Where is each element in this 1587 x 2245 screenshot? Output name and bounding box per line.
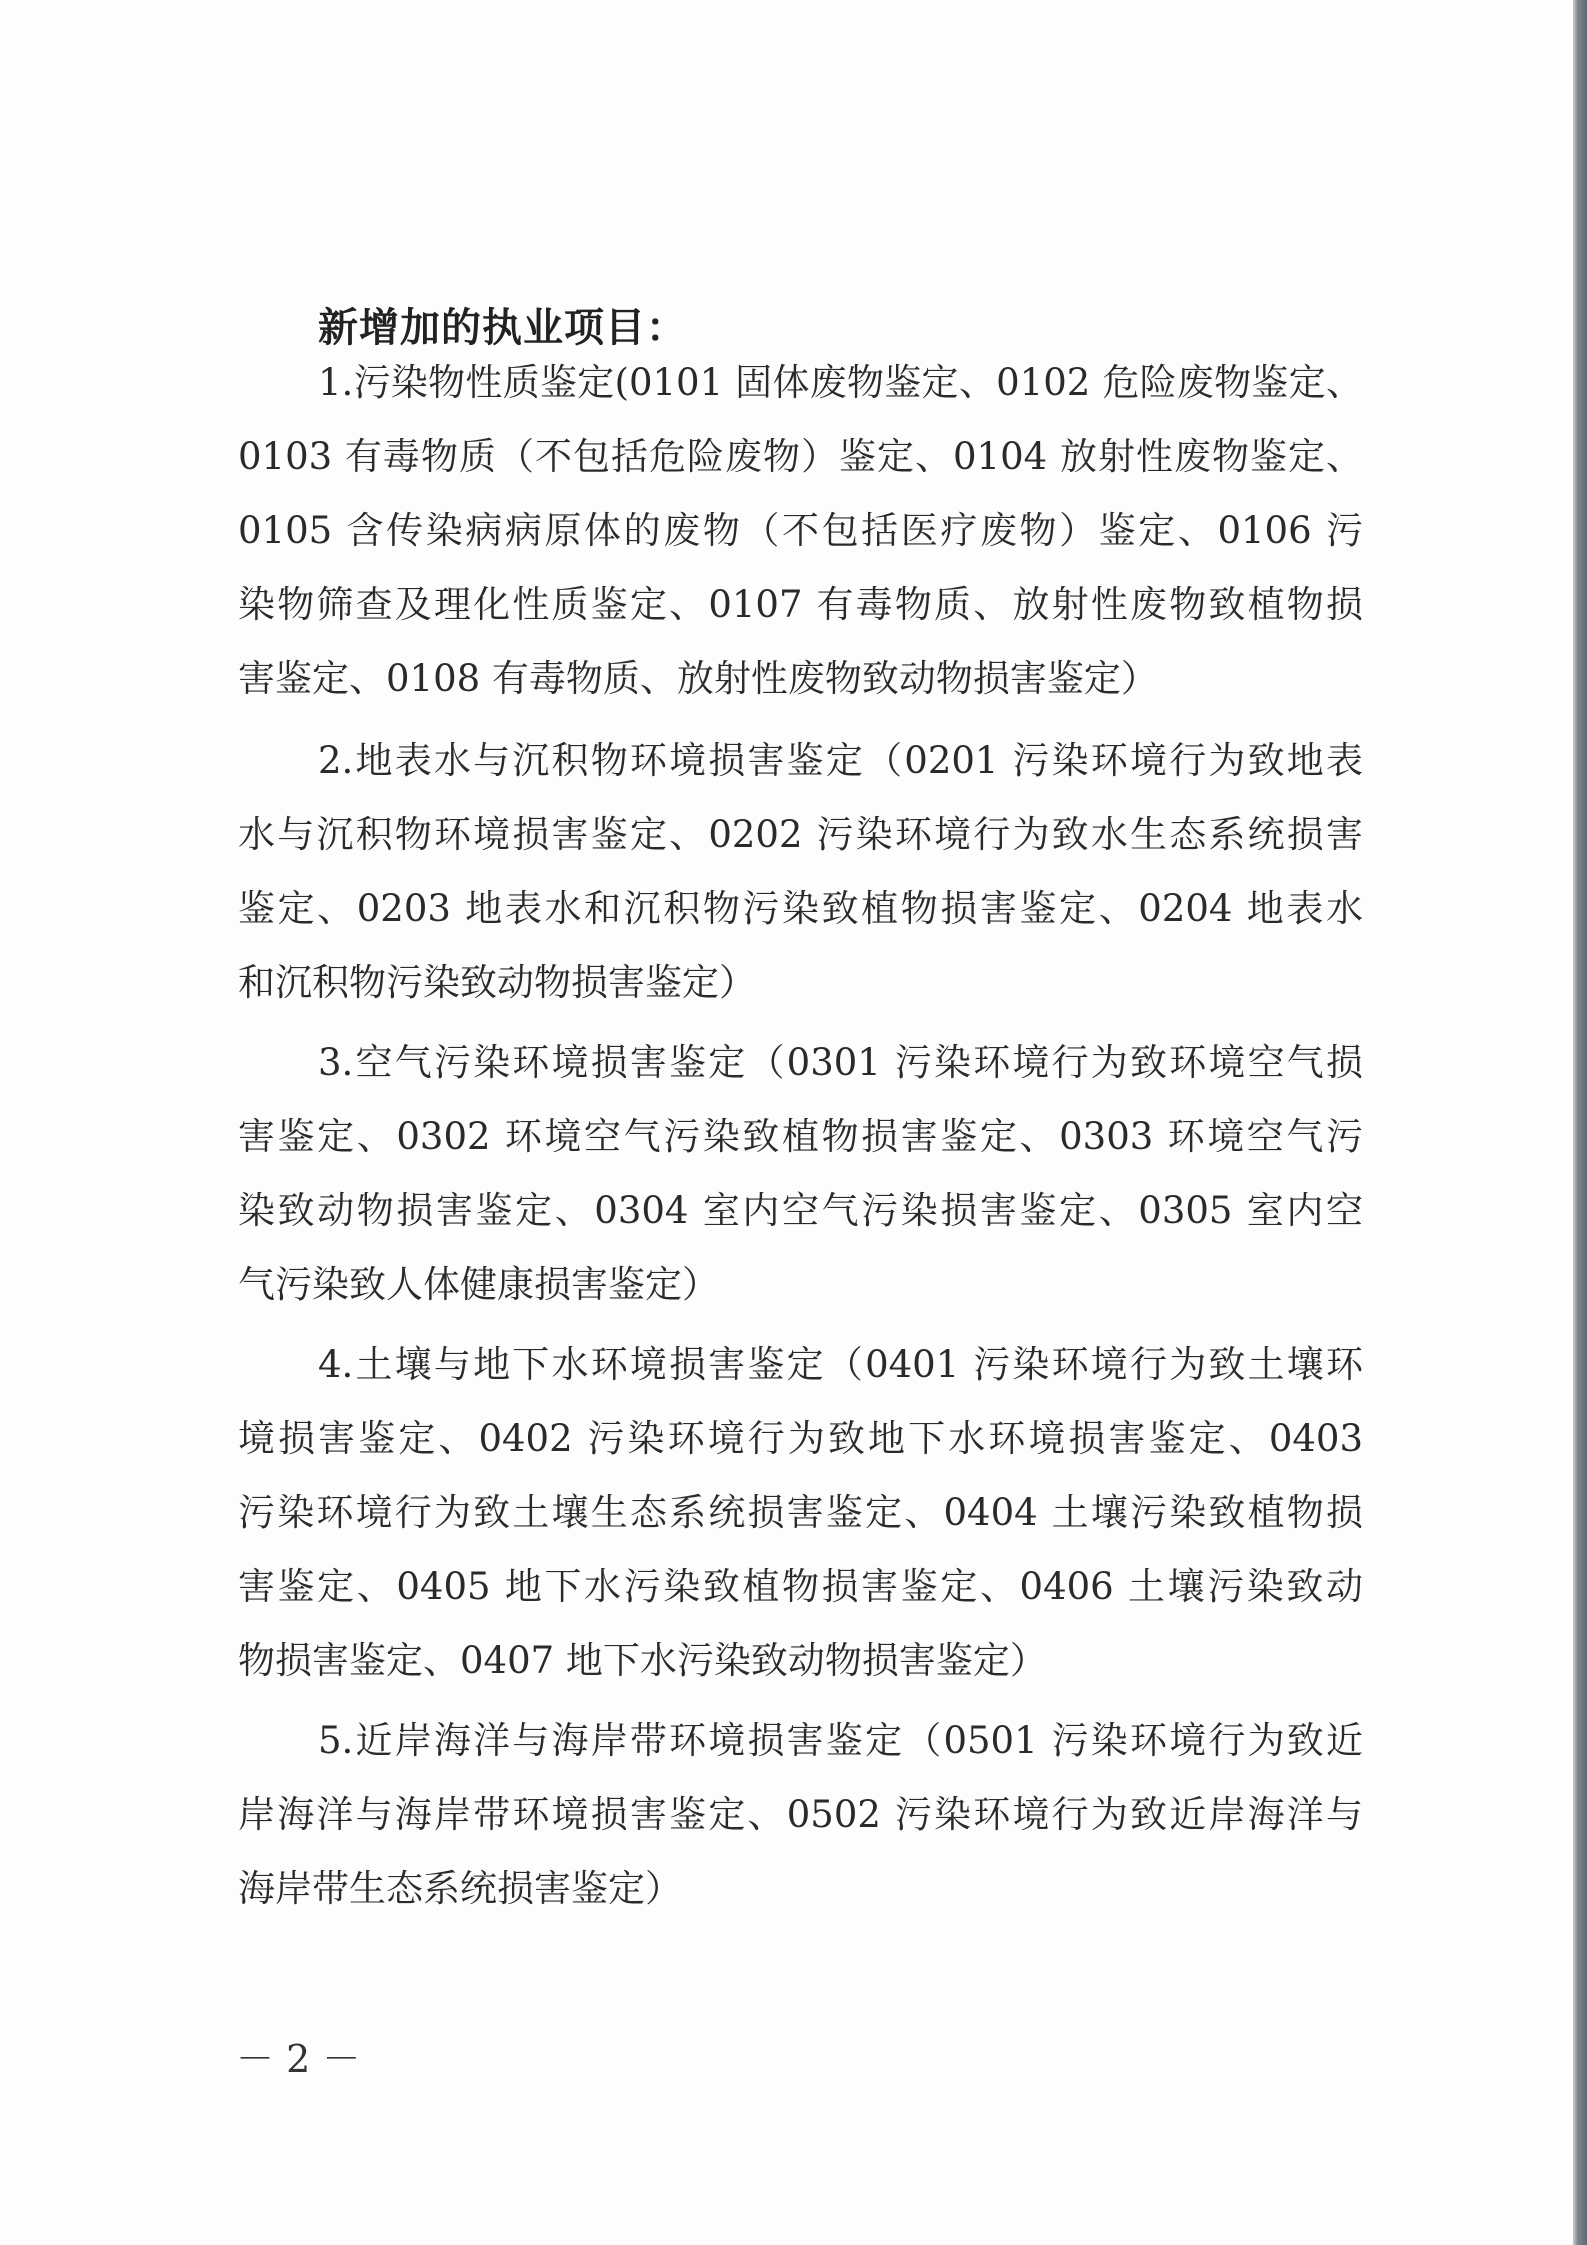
item-2-line-1: 2.地表水与沉积物环境损害鉴定（0201 污染环境行为致地表 bbox=[318, 738, 1363, 784]
item-5-line-3: 海岸带生态系统损害鉴定） bbox=[238, 1866, 1363, 1912]
item-1-line-5: 害鉴定、0108 有毒物质、放射性废物致动物损害鉴定） bbox=[238, 656, 1363, 702]
item-3-line-4: 气污染致人体健康损害鉴定） bbox=[238, 1262, 1363, 1308]
item-4-line-4: 害鉴定、0405 地下水污染致植物损害鉴定、0406 土壤污染致动 bbox=[238, 1564, 1363, 1610]
page-number: － 2 － bbox=[236, 2028, 360, 2083]
item-1-line-3: 0105 含传染病病原体的废物（不包括医疗废物）鉴定、0106 污 bbox=[238, 508, 1363, 554]
item-2-line-3: 鉴定、0203 地表水和沉积物污染致植物损害鉴定、0204 地表水 bbox=[238, 886, 1363, 932]
item-4-line-1: 4.土壤与地下水环境损害鉴定（0401 污染环境行为致土壤环 bbox=[318, 1342, 1363, 1388]
item-4-line-5: 物损害鉴定、0407 地下水污染致动物损害鉴定） bbox=[238, 1638, 1363, 1684]
item-3-line-3: 染致动物损害鉴定、0304 室内空气污染损害鉴定、0305 室内空 bbox=[238, 1188, 1363, 1234]
item-5-line-2: 岸海洋与海岸带环境损害鉴定、0502 污染环境行为致近岸海洋与 bbox=[238, 1792, 1363, 1838]
item-3-line-2: 害鉴定、0302 环境空气污染致植物损害鉴定、0303 环境空气污 bbox=[238, 1114, 1363, 1160]
item-4-line-3: 污染环境行为致土壤生态系统损害鉴定、0404 土壤污染致植物损 bbox=[238, 1490, 1363, 1536]
item-2-line-4: 和沉积物污染致动物损害鉴定） bbox=[238, 960, 1363, 1006]
item-4-line-2: 境损害鉴定、0402 污染环境行为致地下水环境损害鉴定、0403 bbox=[238, 1416, 1363, 1462]
item-2-line-2: 水与沉积物环境损害鉴定、0202 污染环境行为致水生态系统损害 bbox=[238, 812, 1363, 858]
item-5-line-1: 5.近岸海洋与海岸带环境损害鉴定（0501 污染环境行为致近 bbox=[318, 1718, 1363, 1764]
item-1-line-1: 1.污染物性质鉴定(0101 固体废物鉴定、0102 危险废物鉴定、 bbox=[318, 360, 1363, 406]
item-3-line-1: 3.空气污染环境损害鉴定（0301 污染环境行为致环境空气损 bbox=[318, 1040, 1363, 1086]
document-page: 新增加的执业项目： 1.污染物性质鉴定(0101 固体废物鉴定、0102 危险废… bbox=[0, 0, 1570, 2245]
section-heading: 新增加的执业项目： bbox=[318, 296, 687, 353]
item-1-line-2: 0103 有毒物质（不包括危险废物）鉴定、0104 放射性废物鉴定、 bbox=[238, 434, 1363, 480]
item-1-line-4: 染物筛查及理化性质鉴定、0107 有毒物质、放射性废物致植物损 bbox=[238, 582, 1363, 628]
scan-edge-shadow bbox=[1573, 0, 1587, 2245]
